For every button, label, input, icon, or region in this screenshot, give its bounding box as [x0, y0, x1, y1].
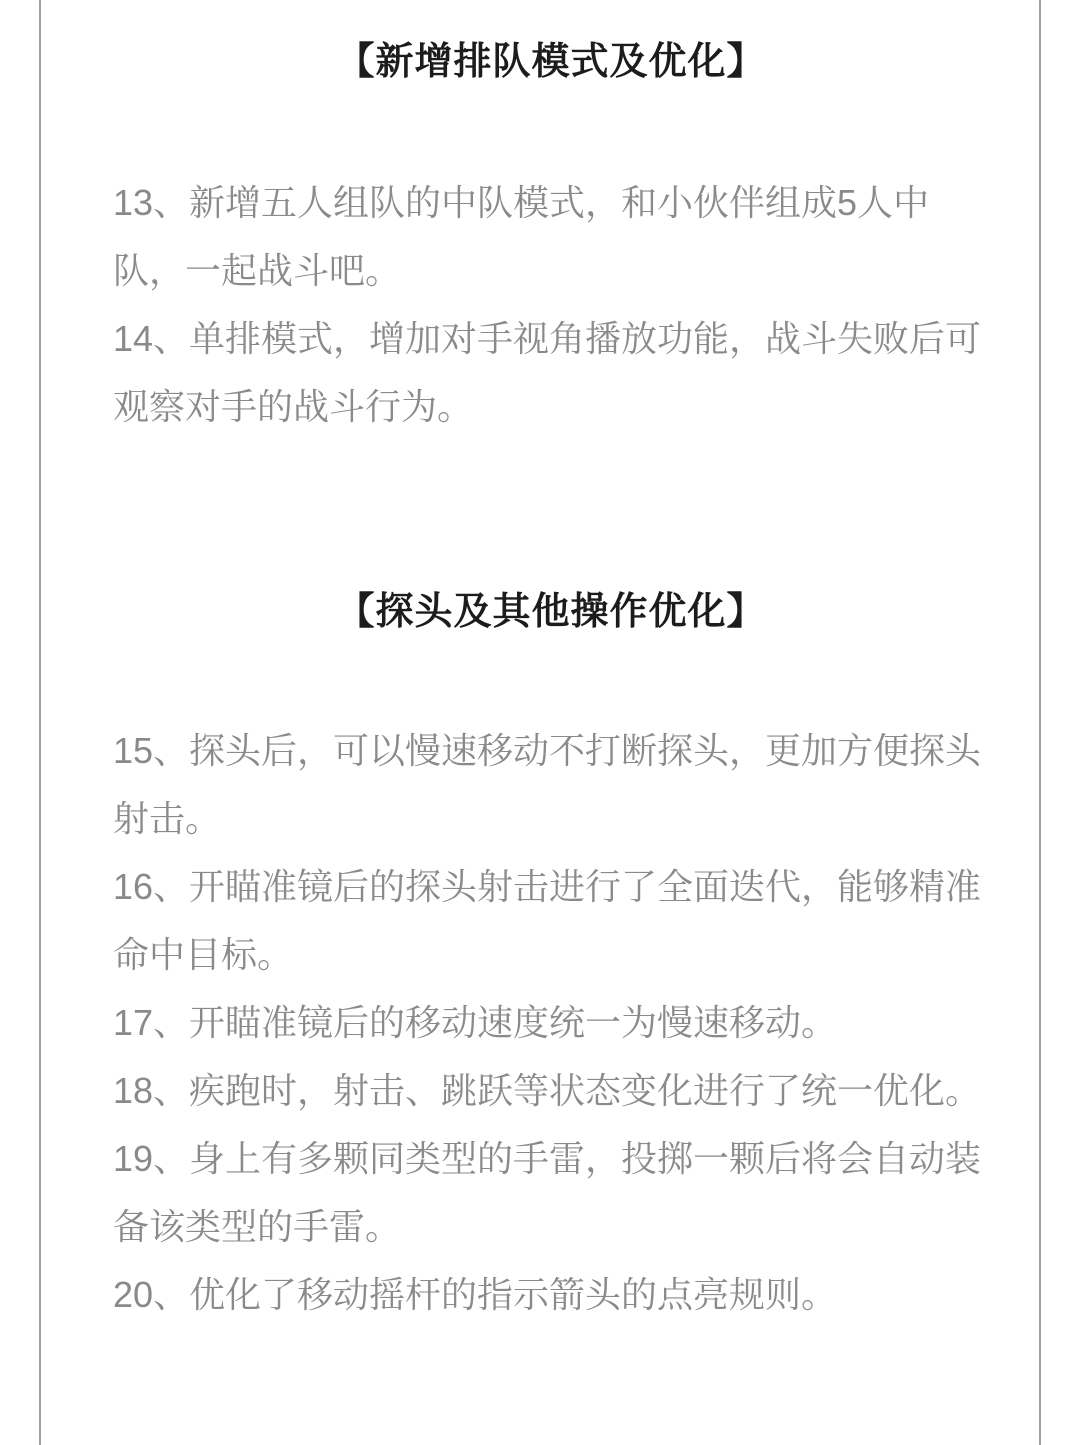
update-item-16: 16、开瞄准镜后的探头射击进行了全面迭代，能够精准命中目标。: [113, 853, 989, 989]
right-border-line: [1039, 0, 1041, 1445]
update-item-19: 19、身上有多颗同类型的手雷，投掷一颗后将会自动装备该类型的手雷。: [113, 1125, 989, 1261]
patch-notes-page: 【新增排队模式及优化】 13、新增五人组队的中队模式，和小伙伴组成5人中队，一起…: [0, 0, 1079, 1445]
section-body-queue-mode: 13、新增五人组队的中队模式，和小伙伴组成5人中队，一起战斗吧。 14、单排模式…: [113, 169, 989, 441]
update-item-13: 13、新增五人组队的中队模式，和小伙伴组成5人中队，一起战斗吧。: [113, 169, 989, 305]
update-item-18: 18、疾跑时，射击、跳跃等状态变化进行了统一优化。: [113, 1057, 989, 1125]
section-body-peek-optimization: 15、探头后，可以慢速移动不打断探头，更加方便探头射击。 16、开瞄准镜后的探头…: [113, 717, 989, 1329]
update-item-15: 15、探头后，可以慢速移动不打断探头，更加方便探头射击。: [113, 717, 989, 853]
update-item-20: 20、优化了移动摇杆的指示箭头的点亮规则。: [113, 1261, 989, 1329]
update-item-17: 17、开瞄准镜后的移动速度统一为慢速移动。: [113, 989, 989, 1057]
section-title-queue-mode: 【新增排队模式及优化】: [113, 36, 989, 88]
patch-notes-content: 【新增排队模式及优化】 13、新增五人组队的中队模式，和小伙伴组成5人中队，一起…: [41, 0, 1039, 1329]
section-title-peek-optimization: 【探头及其他操作优化】: [113, 586, 989, 638]
update-item-14: 14、单排模式，增加对手视角播放功能，战斗失败后可观察对手的战斗行为。: [113, 305, 989, 441]
